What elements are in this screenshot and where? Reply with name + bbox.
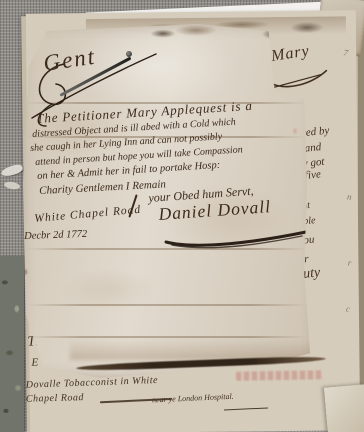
- reference-stamp: [236, 370, 322, 380]
- swash-stroke: [266, 67, 332, 90]
- pin-head: [126, 51, 132, 57]
- edge-mark: 7: [343, 48, 349, 58]
- petition-line: Charity Gentlemen I Remain: [39, 179, 166, 197]
- underpage-fragment: five: [304, 169, 321, 181]
- edge-mark: c: [345, 304, 351, 314]
- manuscript-photo: Mary uced by ge and y got five ant nable…: [0, 0, 364, 432]
- underline: [224, 407, 268, 410]
- tobacconist-note: Chapel Road: [26, 393, 84, 405]
- underpage-bottom-fragment: E: [31, 358, 38, 369]
- date-line: Decbr 2d 1772: [24, 230, 87, 243]
- marbled-board-edge: [0, 256, 24, 432]
- hospital-note: near ye London Hospital.: [152, 393, 234, 405]
- edge-mark: r: [347, 258, 352, 267]
- petition-page: Gent The Petitioner Mary Applequest is a…: [20, 24, 316, 378]
- fold-crease: [26, 248, 307, 250]
- signature-flourish: [162, 228, 312, 248]
- underpage-peek-word: Mary: [270, 43, 311, 65]
- edge-mark: n: [347, 192, 353, 202]
- tobacconist-note: Dovalle Tobacconist in White: [26, 376, 159, 391]
- fold-crease: [26, 336, 307, 338]
- page-corner-bottom-right: [324, 384, 364, 432]
- fold-crease: [26, 304, 307, 306]
- faded-red-mark: [290, 124, 300, 138]
- signature: Daniel Dovall: [158, 198, 272, 223]
- address-line: White Chapel Road: [34, 205, 142, 226]
